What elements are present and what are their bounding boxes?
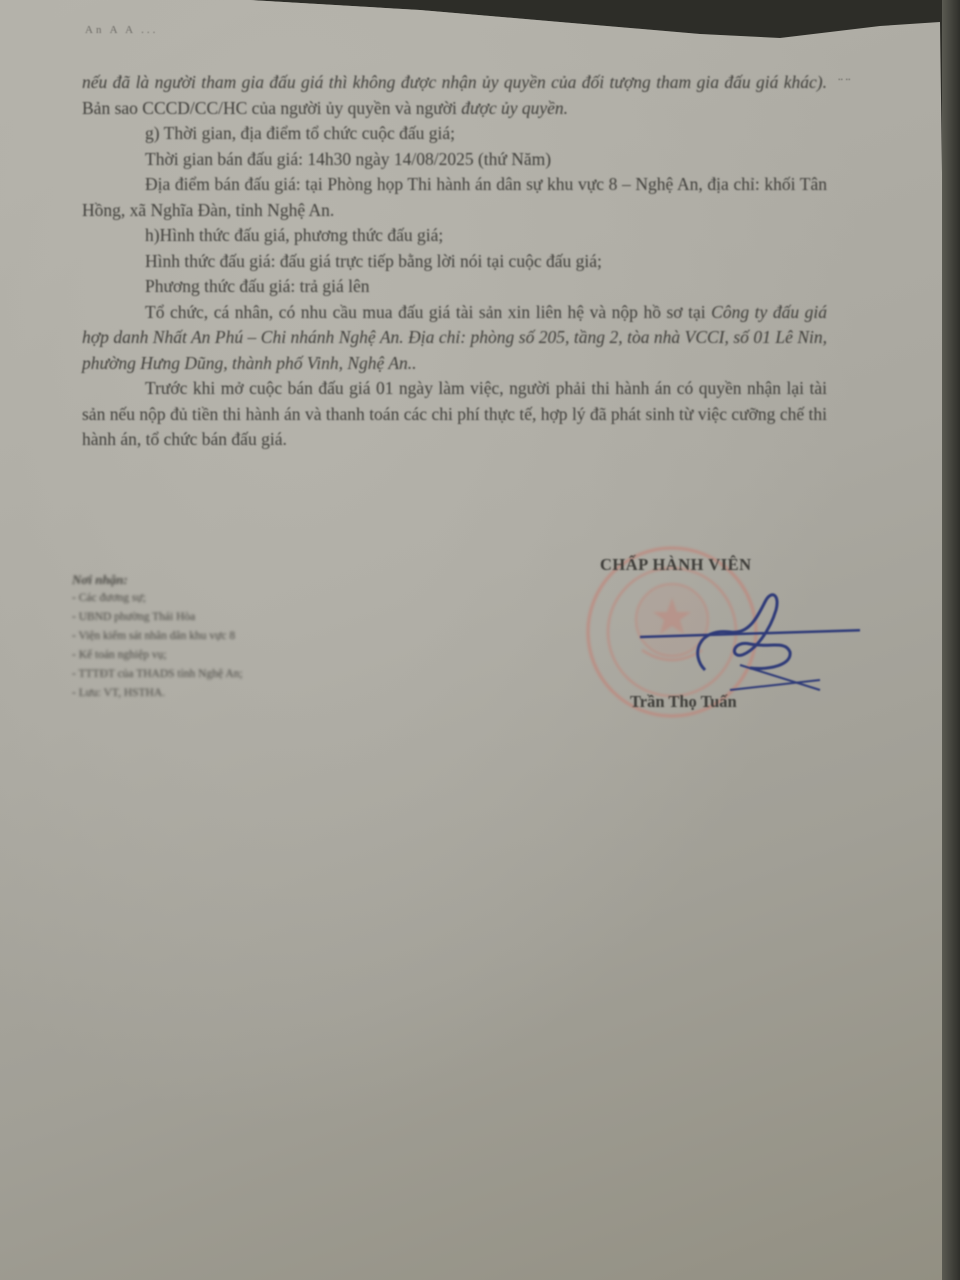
recipient-item: UBND phường Thái Hòa bbox=[72, 608, 243, 627]
section-h-heading: h)Hình thức đấu giá, phương thức đấu giá… bbox=[82, 223, 827, 249]
auction-method: Phương thức đấu giá: trả giá lên bbox=[82, 274, 827, 300]
recipient-item: TTTĐT của THADS tỉnh Nghệ An; bbox=[72, 665, 243, 684]
recipients-block: Nơi nhận: Các đương sự; UBND phường Thái… bbox=[72, 570, 243, 703]
header-fragment: An A A ... bbox=[85, 24, 158, 36]
auction-time: Thời gian bán đấu giá: 14h30 ngày 14/08/… bbox=[82, 147, 827, 173]
contact-paragraph: Tổ chức, cá nhân, có nhu cầu mua đấu giá… bbox=[82, 300, 827, 377]
paragraph-authorization: nếu đã là người tham gia đấu giá thì khô… bbox=[82, 70, 827, 121]
margin-mark: .. .. bbox=[838, 72, 851, 83]
authorization-italic: nếu đã là người tham gia đấu giá thì khô… bbox=[82, 72, 827, 92]
recipient-item: Lưu: VT, HSTHA. bbox=[72, 684, 243, 703]
signer-name: Trần Thọ Tuấn bbox=[630, 692, 737, 712]
recipients-list: Các đương sự; UBND phường Thái Hòa Viện … bbox=[72, 589, 243, 703]
closing-paragraph: Trước khi mở cuộc bán đấu giá 01 ngày là… bbox=[82, 376, 827, 453]
authorization-rest: Bản sao CCCD/CC/HC của người ủy quyền và… bbox=[82, 98, 457, 118]
recipient-item: Viện kiểm sát nhân dân khu vực 8 bbox=[72, 627, 243, 646]
recipients-title: Nơi nhận: bbox=[72, 570, 243, 589]
document-body: nếu đã là người tham gia đấu giá thì khô… bbox=[82, 70, 827, 453]
auction-form: Hình thức đấu giá: đấu giá trực tiếp bằn… bbox=[82, 249, 827, 275]
contact-lead: Tổ chức, cá nhân, có nhu cầu mua đấu giá… bbox=[145, 302, 711, 322]
recipient-item: Các đương sự; bbox=[72, 589, 243, 608]
section-g-heading: g) Thời gian, địa điểm tổ chức cuộc đấu … bbox=[82, 121, 827, 147]
recipient-item: Kế toán nghiệp vụ; bbox=[72, 646, 243, 665]
authorization-suffix: được ủy quyền. bbox=[461, 98, 568, 118]
signature-block: CHẤP HÀNH VIÊN Trần Thọ Tuấn bbox=[580, 540, 840, 720]
auction-place: Địa điểm bán đấu giá: tại Phòng họp Thi … bbox=[82, 172, 827, 223]
page-edge-shadow bbox=[942, 0, 960, 1280]
